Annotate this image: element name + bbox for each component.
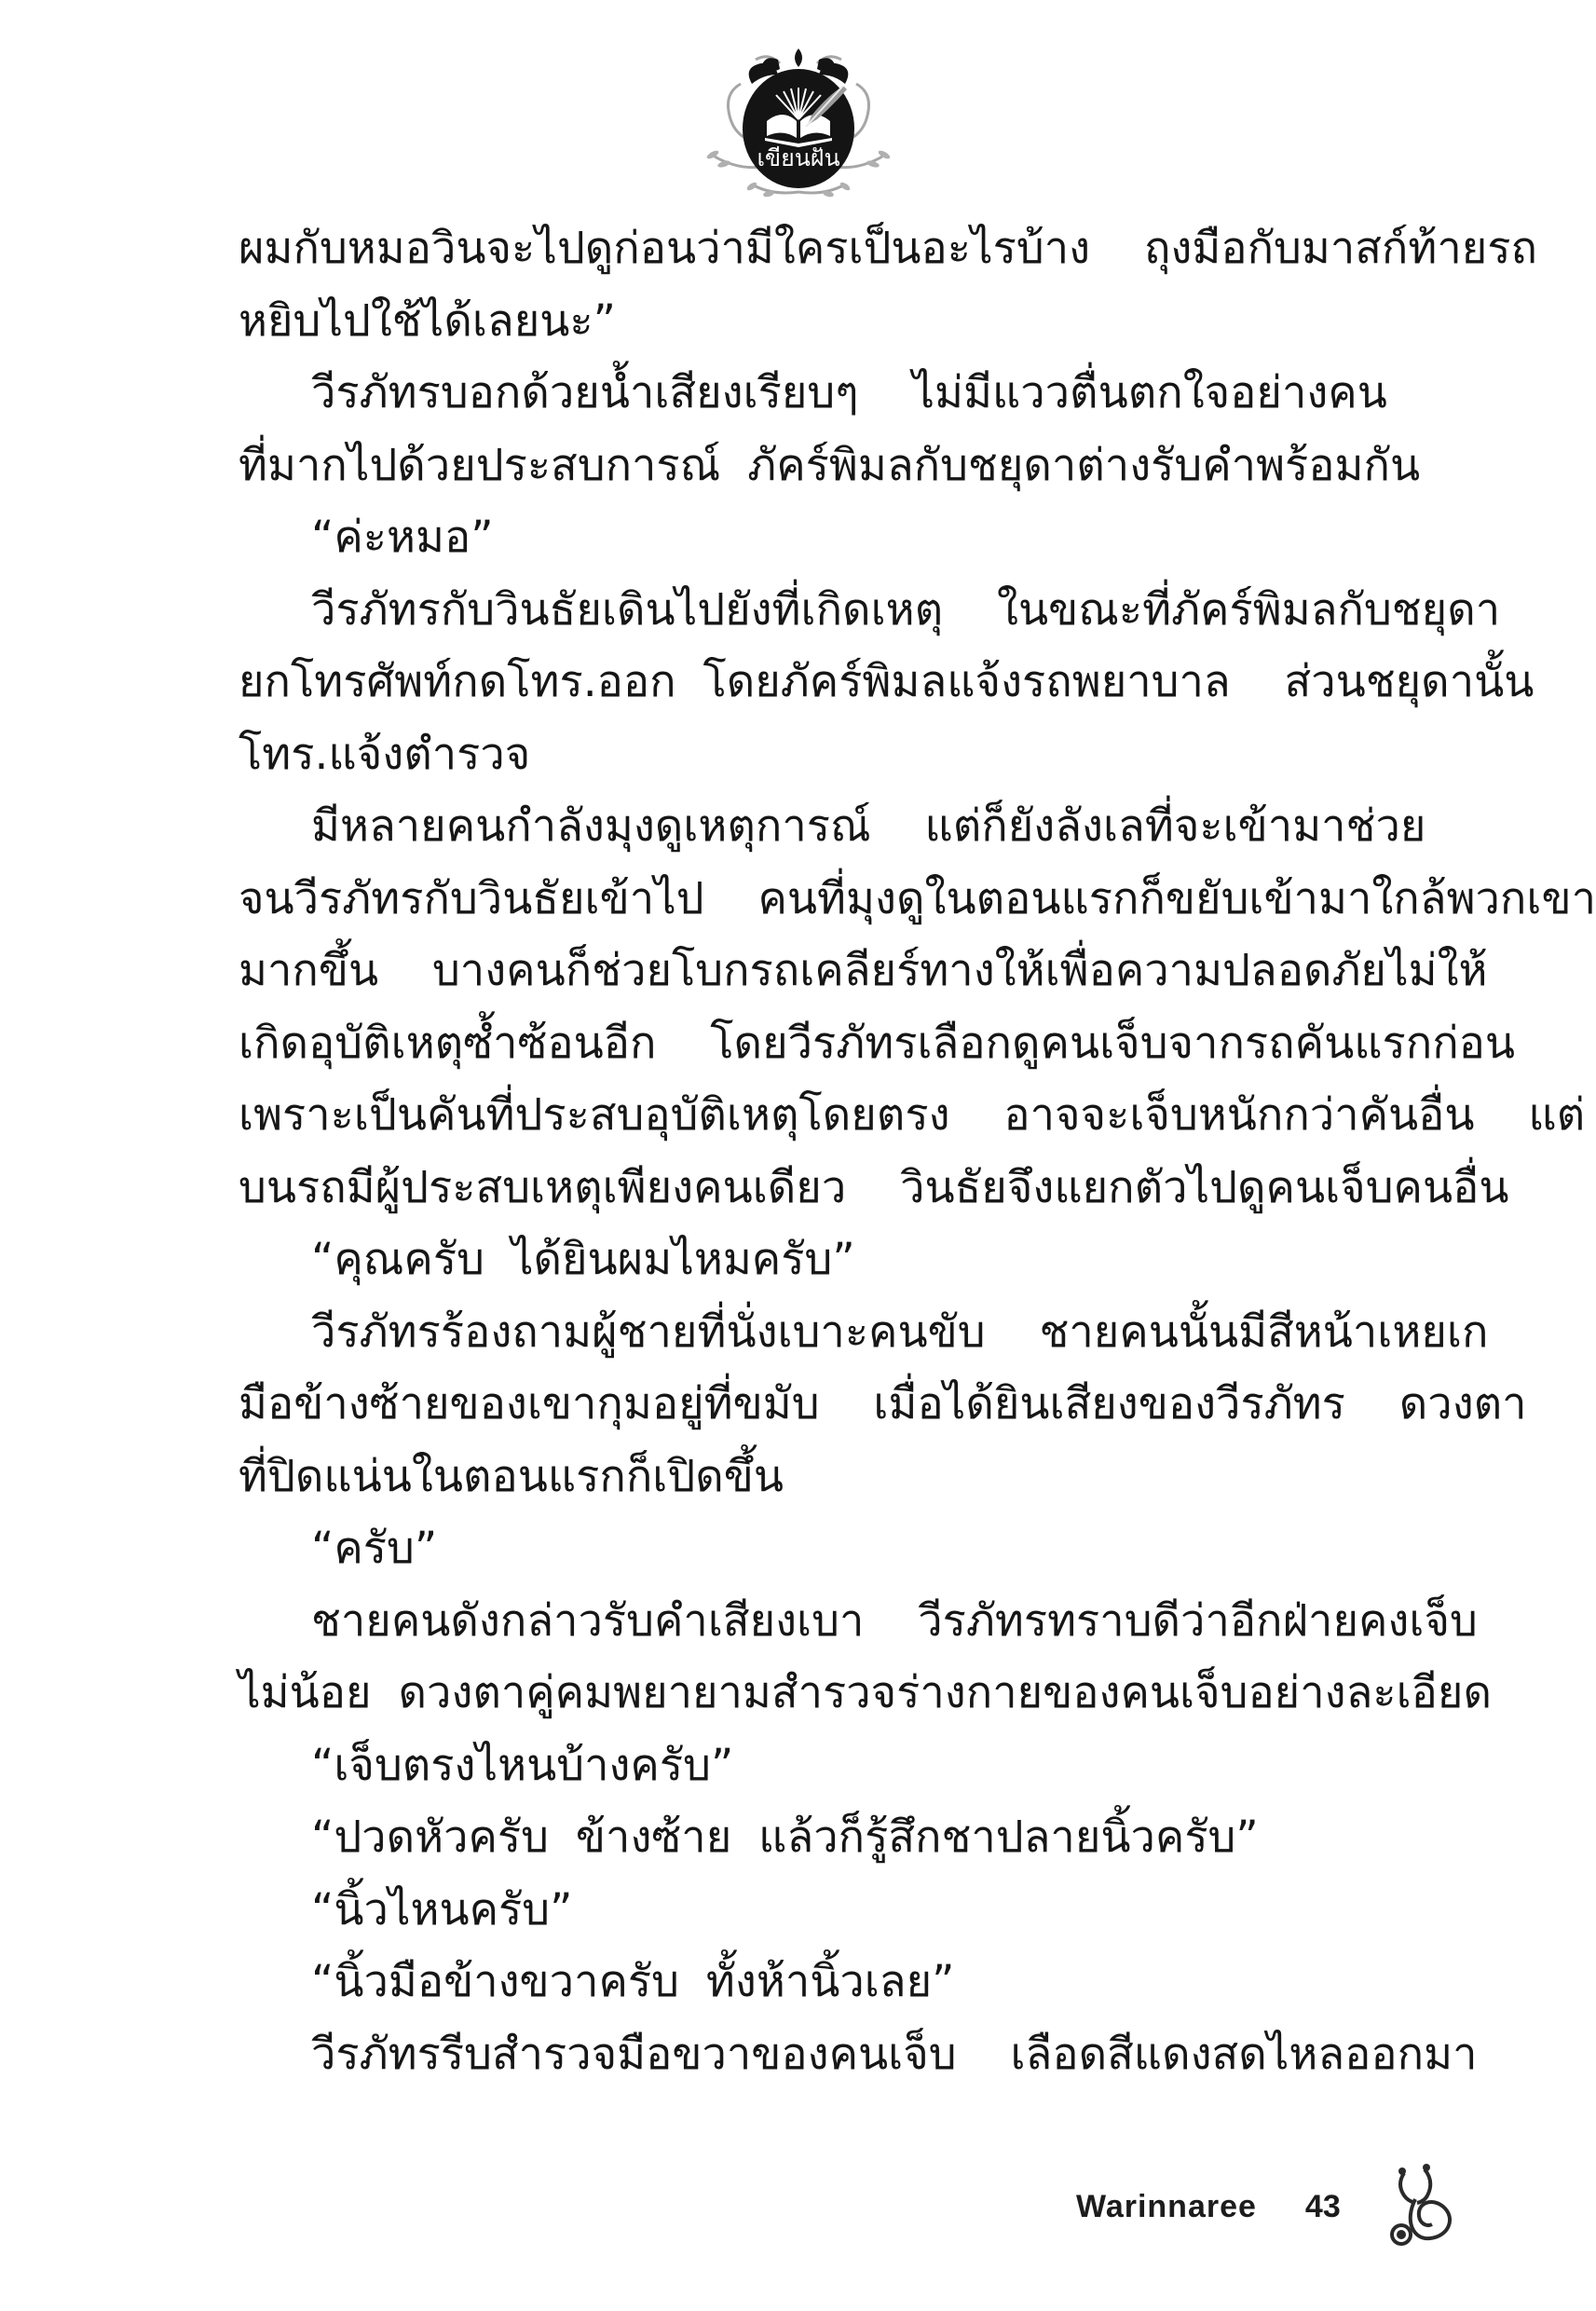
paragraph: วีรภัทรรีบสำรวจมือขวาของคนเจ็บ เลือดสีแด… — [239, 2018, 1440, 2091]
text-line: “คุณครับ ได้ยินผมไหมครับ” — [239, 1224, 1440, 1296]
paragraph: วีรภัทรร้องถามผู้ชายที่นั่งเบาะคนขับ ชาย… — [239, 1296, 1440, 1513]
text-line: ไม่น้อย ดวงตาคู่คมพยายามสำรวจร่างกายของค… — [239, 1657, 1440, 1730]
text-line: มากขึ้น บางคนก็ช่วยโบกรถเคลียร์ทางให้เพื… — [239, 935, 1440, 1007]
body-text: ผมกับหมอวินจะไปดูก่อนว่ามีใครเป็นอะไรบ้า… — [239, 212, 1440, 2090]
text-line: วีรภัทรร้องถามผู้ชายที่นั่งเบาะคนขับ ชาย… — [239, 1296, 1440, 1369]
text-line: วีรภัทรรีบสำรวจมือขวาของคนเจ็บ เลือดสีแด… — [239, 2018, 1440, 2091]
text-line: “นิ้วมือข้างขวาครับ ทั้งห้านิ้วเลย” — [239, 1946, 1440, 2018]
book-page: เขียนฝัน ผมกับหมอวินจะไปดูก่อนว่ามีใครเป… — [0, 0, 1596, 2311]
text-line: มีหลายคนกำลังมุงดูเหตุการณ์ แต่ก็ยังลังเ… — [239, 790, 1440, 863]
paragraph: “ครับ” — [239, 1512, 1440, 1585]
publisher-logo: เขียนฝัน — [687, 47, 910, 200]
text-line: โทร.แจ้งตำรวจ — [239, 718, 1440, 791]
text-line: บนรถมีผู้ประสบเหตุเพียงคนเดียว วินธัยจึง… — [239, 1152, 1440, 1224]
text-line: วีรภัทรบอกด้วยน้ำเสียงเรียบๆ ไม่มีแววตื่… — [239, 357, 1440, 430]
text-line: “เจ็บตรงไหนบ้างครับ” — [239, 1730, 1440, 1802]
paragraph: วีรภัทรบอกด้วยน้ำเสียงเรียบๆ ไม่มีแววตื่… — [239, 357, 1440, 501]
paragraph: “นิ้วมือข้างขวาครับ ทั้งห้านิ้วเลย” — [239, 1946, 1440, 2018]
text-line: “ปวดหัวครับ ข้างซ้าย แล้วก็รู้สึกชาปลายน… — [239, 1801, 1440, 1874]
book-title: Warinnaree — [1076, 2189, 1257, 2225]
paragraph: ชายคนดังกล่าวรับคำเสียงเบา วีรภัทรทราบดี… — [239, 1585, 1440, 1730]
text-line: ยกโทรศัพท์กดโทร.ออก โดยภัคร์พิมลแจ้งรถพย… — [239, 646, 1440, 718]
text-line: “ครับ” — [239, 1512, 1440, 1585]
text-line: เพราะเป็นคันที่ประสบอุบัติเหตุโดยตรง อาจ… — [239, 1079, 1440, 1152]
paragraph: วีรภัทรกับวินธัยเดินไปยังที่เกิดเหตุ ในข… — [239, 574, 1440, 791]
paragraph: “ค่ะหมอ” — [239, 501, 1440, 574]
paragraph: ผมกับหมอวินจะไปดูก่อนว่ามีใครเป็นอะไรบ้า… — [239, 212, 1440, 357]
text-line: วีรภัทรกับวินธัยเดินไปยังที่เกิดเหตุ ในข… — [239, 574, 1440, 647]
footer: Warinnaree 43 — [1076, 2160, 1462, 2253]
text-line: มือข้างซ้ายของเขากุมอยู่ที่ขมับ เมื่อได้… — [239, 1368, 1440, 1441]
text-line: “ค่ะหมอ” — [239, 501, 1440, 574]
paragraph: “เจ็บตรงไหนบ้างครับ” — [239, 1730, 1440, 1802]
paragraph: “ปวดหัวครับ ข้างซ้าย แล้วก็รู้สึกชาปลายน… — [239, 1801, 1440, 1874]
publisher-name: เขียนฝัน — [757, 144, 839, 171]
stethoscope-icon — [1376, 2160, 1462, 2253]
text-line: ที่มากไปด้วยประสบการณ์ ภัคร์พิมลกับชยุดา… — [239, 430, 1440, 502]
text-line: ชายคนดังกล่าวรับคำเสียงเบา วีรภัทรทราบดี… — [239, 1585, 1440, 1658]
paragraph: “คุณครับ ได้ยินผมไหมครับ” — [239, 1224, 1440, 1296]
text-line: หยิบไปใช้ได้เลยนะ” — [239, 285, 1440, 358]
text-line: ผมกับหมอวินจะไปดูก่อนว่ามีใครเป็นอะไรบ้า… — [239, 212, 1440, 285]
text-line: ที่ปิดแน่นในตอนแรกก็เปิดขึ้น — [239, 1441, 1440, 1513]
text-line: เกิดอุบัติเหตุซ้ำซ้อนอีก โดยวีรภัทรเลือก… — [239, 1007, 1440, 1080]
page-number: 43 — [1305, 2189, 1341, 2225]
paragraph: “นิ้วไหนครับ” — [239, 1874, 1440, 1947]
paragraph: มีหลายคนกำลังมุงดูเหตุการณ์ แต่ก็ยังลังเ… — [239, 790, 1440, 1224]
text-line: จนวีรภัทรกับวินธัยเข้าไป คนที่มุงดูในตอน… — [239, 863, 1440, 936]
text-line: “นิ้วไหนครับ” — [239, 1874, 1440, 1947]
